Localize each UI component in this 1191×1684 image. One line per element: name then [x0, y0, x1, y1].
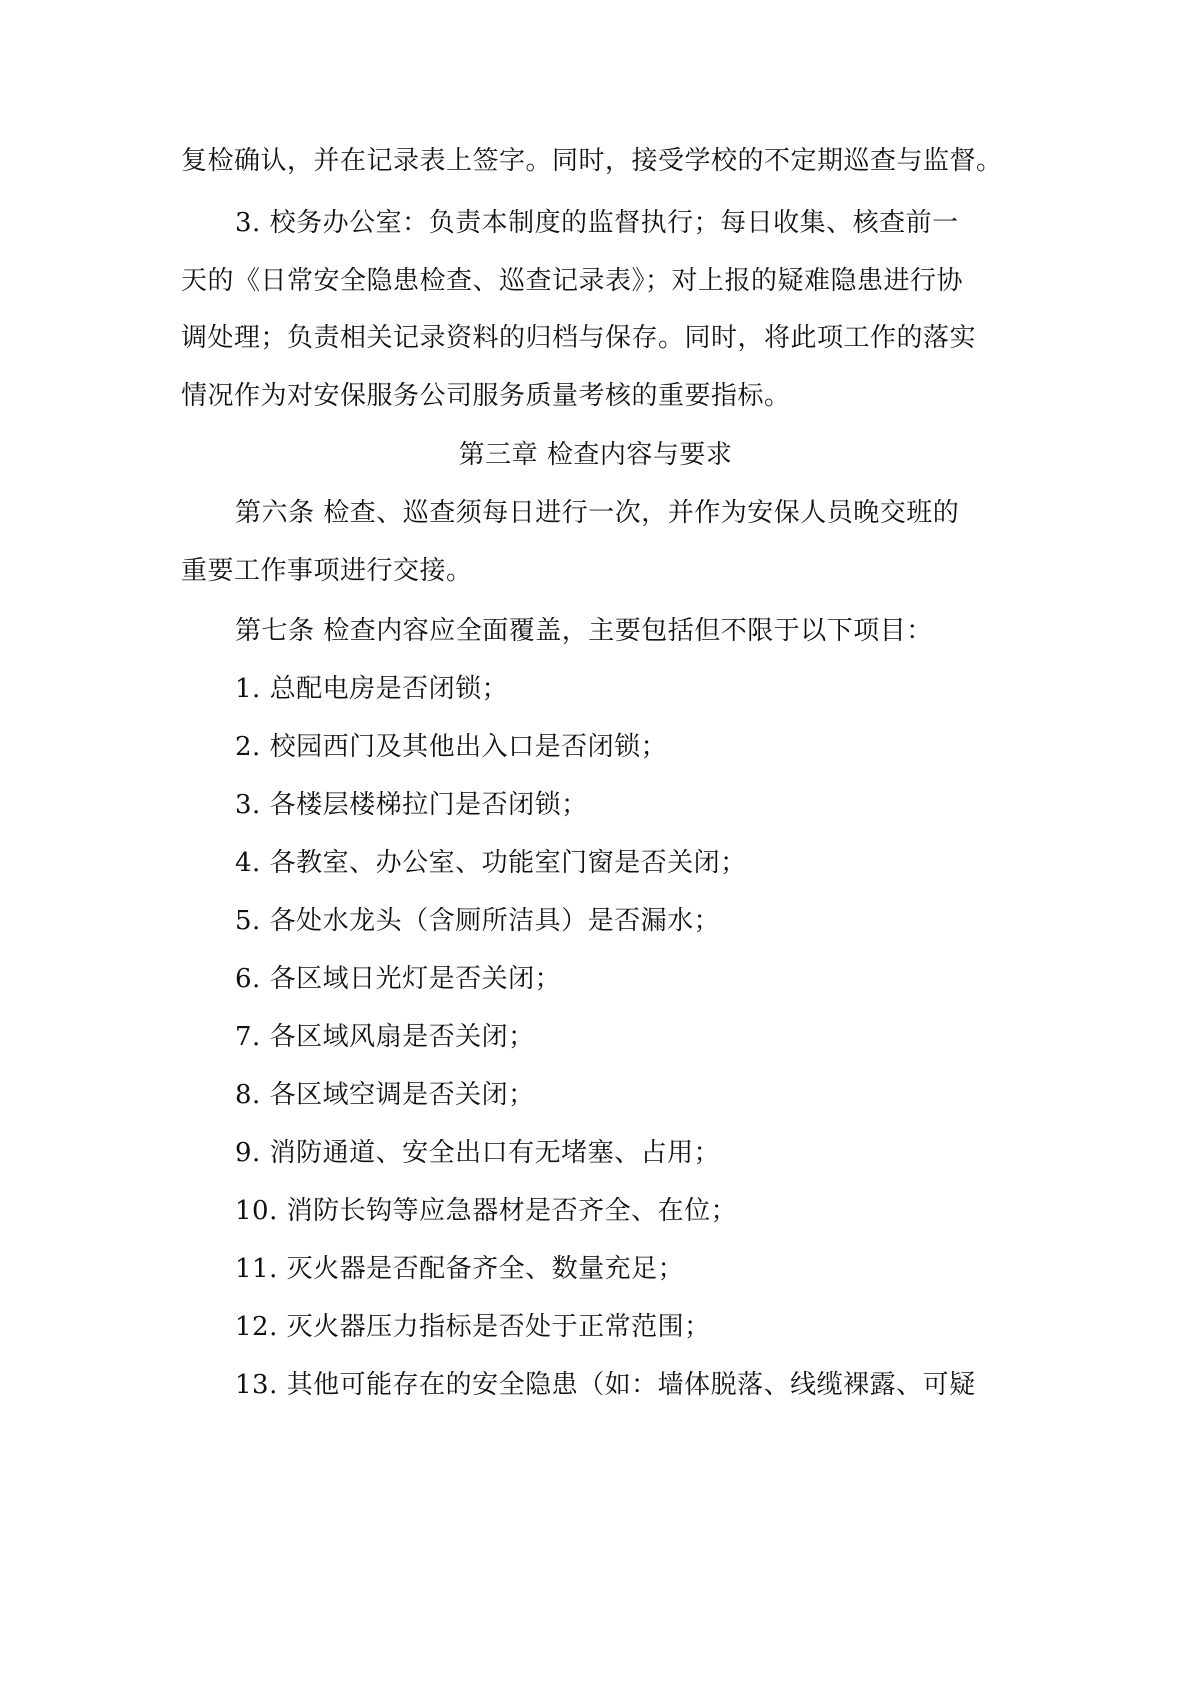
list-item: 7. 各区域风扇是否关闭； [235, 1021, 535, 1053]
paragraph-line: 3. 校务办公室：负责本制度的监督执行；每日收集、核查前一 [235, 207, 959, 239]
list-item: 11. 灭火器是否配备齐全、数量充足； [235, 1253, 684, 1285]
list-item: 3. 各楼层楼梯拉门是否闭锁； [235, 789, 588, 821]
paragraph-line: 天的《日常安全隐患检查、巡查记录表》；对上报的疑难隐患进行协 [181, 265, 963, 297]
article-7-intro: 第七条 检查内容应全面覆盖，主要包括但不限于以下项目： [235, 615, 933, 647]
article-6-line: 重要工作事项进行交接。 [181, 555, 473, 587]
list-item: 10. 消防长钩等应急器材是否齐全、在位； [235, 1195, 737, 1227]
paragraph-line: 调处理；负责相关记录资料的归档与保存。同时，将此项工作的落实 [181, 322, 976, 354]
chapter-title: 第三章 检查内容与要求 [0, 439, 1191, 471]
list-item: 12. 灭火器压力指标是否处于正常范围； [235, 1311, 711, 1343]
list-item: 5. 各处水龙头（含厕所洁具）是否漏水； [235, 905, 720, 937]
paragraph-line: 复检确认，并在记录表上签字。同时，接受学校的不定期巡查与监督。 [181, 145, 1003, 177]
article-6-line: 第六条 检查、巡查须每日进行一次，并作为安保人员晚交班的 [235, 497, 959, 529]
list-item: 8. 各区域空调是否关闭； [235, 1079, 535, 1111]
list-item: 1. 总配电房是否闭锁； [235, 673, 508, 705]
list-item: 6. 各区域日光灯是否关闭； [235, 963, 561, 995]
list-item: 4. 各教室、办公室、功能室门窗是否关闭； [235, 847, 747, 879]
paragraph-line: 情况作为对安保服务公司服务质量考核的重要指标。 [181, 380, 791, 412]
list-item: 9. 消防通道、安全出口有无堵塞、占用； [235, 1137, 720, 1169]
list-item: 2. 校园西门及其他出入口是否闭锁； [235, 731, 667, 763]
list-item: 13. 其他可能存在的安全隐患（如：墙体脱落、线缆裸露、可疑 [235, 1369, 976, 1401]
